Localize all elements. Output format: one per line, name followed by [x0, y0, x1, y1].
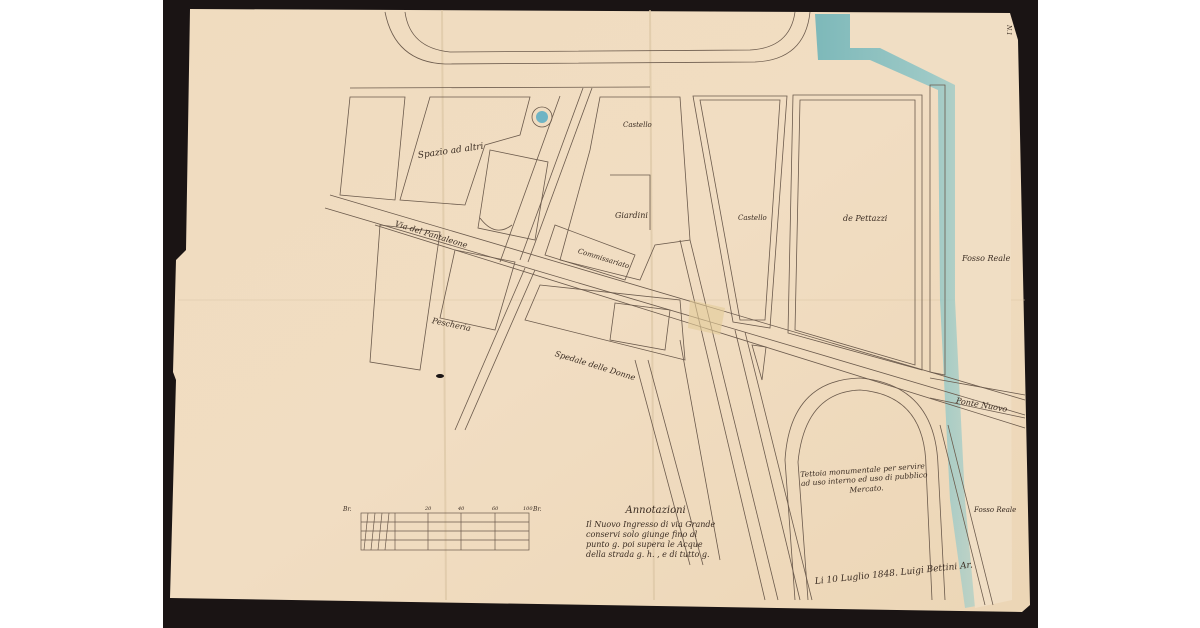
- annotations-line: conservi solo giunge fino al: [586, 530, 715, 540]
- label-castle-block: Castello: [623, 122, 652, 129]
- label-gardens: Giardini: [615, 212, 648, 220]
- scale-right-label: Br.: [533, 507, 542, 513]
- annotations-line: Il Nuovo Ingresso di via Grande: [586, 520, 715, 530]
- label-river-bank-south: Fosso Reale: [974, 507, 1016, 514]
- annotations-line: della strada g. h. , e di tutto g.: [586, 550, 715, 560]
- annotations-title: Annotazioni: [586, 505, 715, 518]
- scale-tick: 100: [523, 507, 533, 512]
- label-river-bank-north: Fosso Reale: [962, 255, 1010, 263]
- scale-tick: 60: [492, 507, 498, 512]
- annotations: Annotazioni Il Nuovo Ingresso di via Gra…: [586, 505, 715, 560]
- scale-tick: 20: [425, 507, 431, 512]
- scale-tick: 40: [458, 507, 464, 512]
- label-block-center-east: Castello: [738, 215, 767, 222]
- corner-mark: N.1: [1005, 25, 1011, 36]
- scale-left-label: Br.: [343, 507, 352, 513]
- annotations-line: punto g. poi supera le Acque: [586, 540, 715, 550]
- label-block-east: de Pettazzi: [843, 215, 887, 223]
